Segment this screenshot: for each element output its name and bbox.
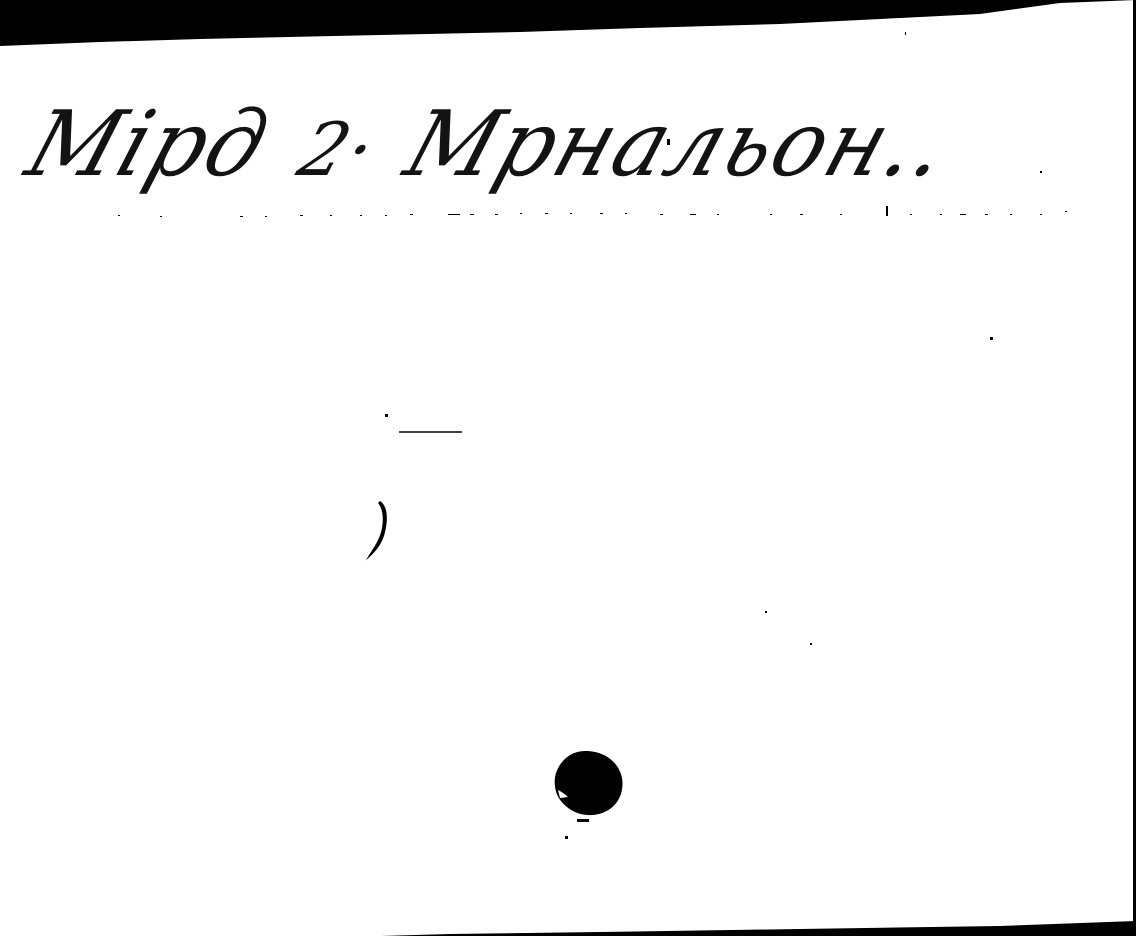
- parenthesis-mark: [364, 501, 387, 562]
- handwritten-heading: Мірд 2· Мрнальон..: [8, 82, 967, 219]
- ink-blot: [555, 751, 623, 822]
- bottom-scan-edge: [380, 921, 1136, 936]
- top-scan-edge: [0, 0, 1136, 46]
- handwritten-numeral: 2·: [282, 87, 394, 213]
- handwritten-word-1: Мірд: [11, 82, 285, 208]
- scanned-card: Мірд 2· Мрнальон..: [0, 0, 1136, 936]
- handwritten-word-2: Мрнальон..: [390, 82, 967, 208]
